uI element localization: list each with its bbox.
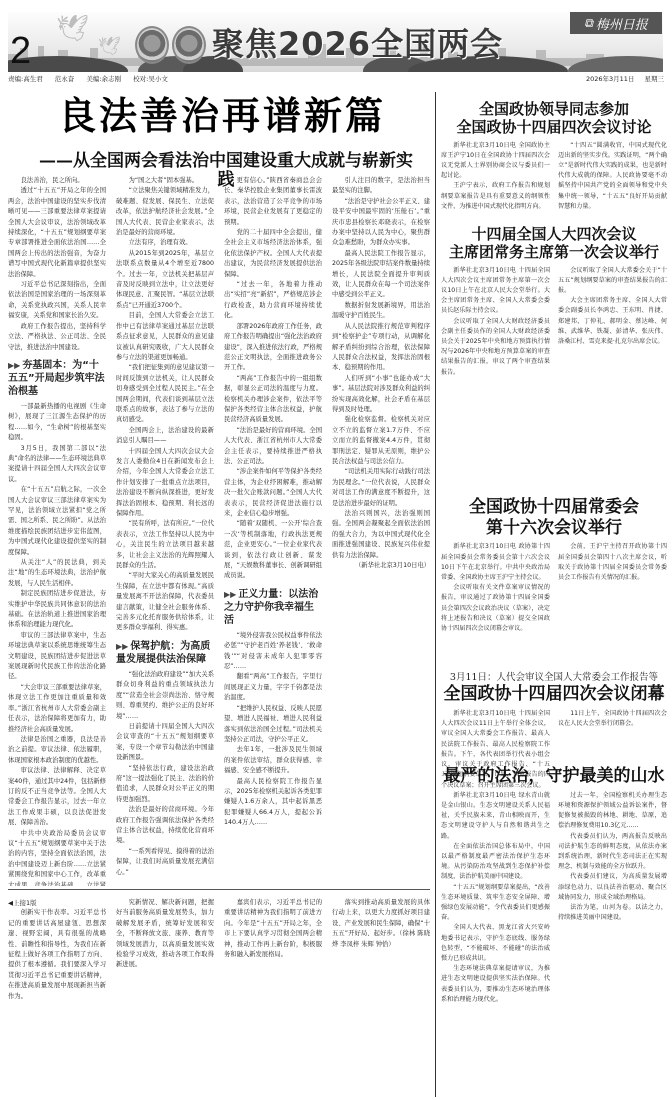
paragraph: 一部最新热播的电视剧《生命树》，展现了三江源生态保护的历程……如今，“生命树”的…	[8, 402, 106, 444]
paragraph: 法律是治国之重器，良法是善治之前提。审议法律、依法履职，体现国家根本政治制度的优…	[8, 735, 106, 766]
story-headline: 主席团常务主席第一次会议举行	[441, 243, 667, 261]
story-body: 新华社北京3月10日电 十四届全国人大四次会议主席团常务主席第一次会议10日上午…	[441, 266, 667, 378]
story-headline: 十四届全国人大四次会议	[441, 225, 667, 243]
paragraph: 大会主席团常务主席、全国人大常委会副委员长李鸿忠、王东明、肖捷、郑建邦、丁仲礼、…	[558, 296, 667, 347]
paragraph: “十五五”规划纲要草案提出，“改善生态环境质量、筑牢生态安全屏障、增强绿色发展动…	[441, 883, 550, 924]
paragraph: 在“十五五”启航之际，一次全国人大会议审议三部法律草案实为罕见，法治领域立法紧扣…	[8, 485, 106, 558]
article-column: 落实到推动高质量发展的具体行动上来，以更大力度抓好项目建设、产业发展和民生保障，…	[332, 898, 430, 1098]
paragraph: 新华社北京3月10日电 绿水青山就是金山银山。生态文明建设关系人民福祉，关乎民族…	[441, 791, 550, 842]
paragraph: “境外侵害我公民权益事件依法必惩”“守护老百姓‘养老钱’、‘救命钱’”“对侵害未…	[224, 631, 322, 673]
story-cppcc-standing-committee: 全国政协十四届常委会第十六次会议举行新华社北京3月10日电 政协第十四届全国委员…	[441, 497, 667, 634]
dove-icon: 🕊	[56, 16, 89, 42]
article-column: ◀上接1版创新实干作表率。习近平总书记的重要讲话高屋建瓴、思想深邃、视野宏阔，具…	[8, 898, 106, 1098]
column-divider	[435, 892, 436, 1097]
story-column: 会议听取了全国人大常委会关于“十五五”规划纲要草案的审查结果报告的汇报。大会主席…	[558, 266, 667, 378]
article-column: 为“国之大者”固本强基。“立法聚焦关键领域精准发力，破难题、促发展、保民生、立法…	[116, 176, 214, 886]
paragraph: 会议听取了全国人大常委会关于“十五五”规划纲要草案的审查结果报告的汇报。	[558, 266, 667, 297]
paragraph: 从关注“人”的民法典，到关注“地”的生态环境法典，法治护航发展，与人民生活相伴。	[8, 558, 106, 589]
paragraph: 在全面依法治国总体布局中，中国以最严格制度最严密法治保护生态环境。从污染防治攻坚…	[441, 842, 550, 883]
section-divider	[8, 889, 430, 890]
editor-credits-line: 责编:高生君 范永奋 美编:余志刚 校对:吴小文 2026年3月11日 星期三	[8, 74, 664, 86]
paragraph: 会前，王沪宁主持召开政协第十四届全国委员会第四十八次主席会议，听取关于政协第十四…	[558, 542, 667, 583]
double-arrow-icon: ▶▶	[224, 590, 236, 599]
paragraph: 数据折射发展新境界，用法治温暖守护百姓民生。	[332, 301, 430, 322]
paragraph: 会议听取了全国人大财政经济委员会副主任委员作的全国人大财政经济委员会关于2025…	[441, 317, 550, 378]
paragraph: 审议的三部法律草案中，生态环境法典草案以系统思维统筹生态文明建设，民族团结进步促…	[8, 631, 106, 683]
paragraph: “坚持依法行政，建设法治政府”这一提法强化了民主、法治的价值追求，人民群众对公平…	[116, 764, 214, 806]
story-npc-presidium-meeting: 十四届全国人大四次会议主席团常务主席第一次会议举行新华社北京3月10日电 十四届…	[441, 225, 667, 378]
continued-article: ◀上接1版创新实干作表率。习近平总书记的重要讲话高屋建瓴、思想深邃、视野宏阔，具…	[8, 898, 430, 1098]
paragraph: 更有信心。”陕西省秦商总会会长、秦华控股企业集团董事长雷波表示，法治营造了公平竞…	[224, 176, 322, 228]
paragraph: “法治是守护社会公平正义、建设平安中国最牢固的‘压舱石’。”重庆市忠县检察长邓晓…	[332, 197, 430, 249]
paragraph: 立法有序，治理有效。	[116, 238, 214, 248]
continued-from-label: ◀上接1版	[8, 898, 106, 908]
national-emblem-icon	[135, 26, 169, 64]
paragraph: 代表委员们建议，为高质量发展增添绿色动力，以良法善治驱动、聚合区域协同发力，形成…	[558, 872, 667, 903]
paragraph: 新华社北京3月10日电 全国政协主席王沪宁10日在全国政协十四届四次会议无党派人…	[441, 141, 550, 182]
editor-second: 范永奋	[55, 75, 75, 83]
editor-in-charge: 责编:高生君	[8, 75, 43, 83]
paragraph: 党的二十届四中全会提出，健全社会主义市场经济法治体系，强化依法保护产权。全国人大…	[224, 228, 322, 280]
story-headline: 最严的法治，守护最美的山水	[441, 766, 667, 787]
paragraph: “涉企案件如何平等保护各类经营主体，为企业纾困解难，推动解决一批欠企账款问题。”…	[224, 467, 322, 519]
paragraph: 翻看“两高”工作报告，字里行间展现正义力量，字字千钧都是法治温度。	[224, 672, 322, 703]
page-number: 2	[10, 32, 31, 70]
story-headline: 全国政协十四届常委会	[441, 497, 667, 518]
section-subheading: ▶▶保驾护航：为高质量发展提供法治保障	[116, 640, 214, 666]
paragraph: 去年1年，一批涉及民生领域的案件依法审结，群众获得感、幸福感、安全感不断提升。	[224, 745, 322, 776]
story-column: 新华社北京3月10日电 十四届全国人大四次会议主席团常务主席第一次会议10日上午…	[441, 266, 550, 378]
paragraph: “司法机关用实际行动践行司法为民理念。”一位代表说，人民群众对司法工作的满意度不…	[332, 467, 430, 509]
paragraph: 全国人大代表、黑龙江省大兴安岭地委书记表示，守护生态底线、服务绿色转型，“不能破…	[441, 923, 550, 964]
story-headline: 全国政协十四届四次会议闭幕	[441, 684, 667, 705]
paragraph: 新华社北京3月10日电 十四届全国人大四次会议主席团常务主席第一次会议10日上午…	[441, 266, 550, 317]
paragraph: “强化法治政府建设”“加大关系群众切身利益的重点领域执法力度”“营造全社会崇尚法…	[116, 670, 214, 722]
paragraph: “十四五”圆满收官，中国式现代化迈出新的坚实步伐。实践证明，“两个确立”是新时代…	[558, 141, 667, 212]
story-column: 新华社北京3月10日电 绿水青山就是金山银山。生态文明建设关系人民福祉，关乎民族…	[441, 791, 550, 1005]
paragraph: 最高人民检察院工作报告显示，2025年检察机关起诉各类犯罪嫌疑人1.6万余人，其…	[224, 777, 322, 829]
paragraph: “民有所呼，法有所应。”一位代表表示，立法工作坚持以人民为中心，关注民生的立法项…	[116, 519, 214, 571]
paragraph: “法治是最好的营商环境。全国人大代表、浙江省杭州市人大常委会主任表示，要持续推进…	[224, 426, 322, 468]
paragraph: 透过“十五五”开局之年的全国两会，法治中国建设的坚实步伐清晰可见——三部重要法律…	[8, 186, 106, 280]
paragraph: 引人注目的数字，是法治担当最坚实的注脚。	[332, 176, 430, 197]
double-arrow-icon: ▶▶	[8, 361, 20, 370]
paragraph: 究新情况、解决新问题，把握好当前服务高质量发展势头，加力破解发展矛盾，统筹好发展…	[116, 898, 214, 971]
proofreader: 校对:吴小文	[133, 75, 168, 83]
story-column: 过去一年，全国检察机关办理生态环境和资源保护领域公益诉讼案件，督促修复被损毁的林…	[558, 791, 667, 1005]
story-cppcc-discussion: 全国政协领导同志参加全国政协十四届四次会议讨论新华社北京3月10日电 全国政协主…	[441, 100, 667, 212]
paragraph: 会议听取有关文件草案审议情况的报告，审议通过了政协第十四届全国委员会第四次会议政…	[441, 583, 550, 634]
paragraph: 良法善治，民之所向。	[8, 176, 106, 186]
story-rule-of-law-ecology: 最严的法治，守护最美的山水新华社北京3月10日电 绿水青山就是金山银山。生态文明…	[441, 766, 667, 1005]
dove-icon: 🕊	[98, 38, 121, 56]
paragraph: 3月5日，我国第二部以“法典”命名的法律——生态环境法典草案提请十四届全国人大四…	[8, 444, 106, 486]
story-body: 新华社北京3月10日电 政协第十四届全国委员会常务委员会第十六次会议10日下午在…	[441, 542, 667, 634]
paragraph: 过去一年，全国检察机关办理生态环境和资源保护领域公益诉讼案件，督促修复被损毁的林…	[558, 791, 667, 832]
paragraph: 政府工作报告提出，坚持科学立法、严格执法、公正司法、全民守法，推进法治中国建设。	[8, 322, 106, 353]
double-arrow-icon: ▶▶	[116, 642, 128, 651]
article-dateline: （新华社北京3月10日电）	[332, 561, 430, 571]
paragraph: 部署2026年政府工作任务，政府工作报告明确提出“强化法治政府建设”，深入推进依…	[224, 322, 322, 374]
lead-article-body: 良法善治，民之所向。透过“十五五”开局之年的全国两会，法治中国建设的坚实步伐清晰…	[8, 176, 430, 886]
story-column: 新华社北京3月10日电 政协第十四届全国委员会常务委员会第十六次会议10日下午在…	[441, 542, 550, 634]
paragraph: 生态环境法典草案提请审议，为推进生态文明建设提供坚实法治保障。代表委员们认为，要…	[441, 964, 550, 1005]
paragraph: 制定民族团结进步促进法，夯实维护中华民族共同体意识的法治基础。在法治轨道上推进国…	[8, 589, 106, 631]
paragraph: 创新实干作表率。习近平总书记的重要讲话高屋建瓴、思想深邃、视野宏阔，具有很强的战…	[8, 908, 106, 1002]
page-banner: 🕊 🕊 2 聚焦2026全国两会 ⧉ 梅州日报	[0, 8, 672, 72]
story-kicker: 3月11日：人代会审议全国人大常委会工作报告等	[441, 672, 667, 684]
paragraph: 审议法律、法律解释、决定草案40件，通过其中24件，包括新修订的反不正当竞争法等…	[8, 766, 106, 828]
paragraph: 嘉宾们表示，习近平总书记的重要讲话精神为我们指明了前进方向。今年是“十五五”开局…	[224, 898, 322, 960]
art-editor: 美编:余志刚	[86, 75, 121, 83]
paragraph: “立法聚焦关键领域精准发力，破难题、促发展、保民生、立法促改革，依法护航经济社会…	[116, 186, 214, 238]
paragraph: “随着‘双随机、一公开’综合查一次‘等机制落地，行政执法更规范，企业更安心。”一…	[224, 519, 322, 581]
issue-weekday: 星期三	[645, 75, 665, 83]
story-column: 新华社北京3月10日电 全国政协主席王沪宁10日在全国政协十四届四次会议无党派人…	[441, 141, 550, 212]
cppcc-emblem-icon	[172, 26, 206, 64]
paragraph: 中共中央政治局委员会议审议“十五五”规划纲要草案中关于法治的内容，坚持全面依法治…	[8, 829, 106, 886]
story-column: 会前，王沪宁主持召开政协第十四届全国委员会第四十八次主席会议，听取关于政协第十四…	[558, 542, 667, 634]
paragraph: “一系列看得见、摸得着的法治保障，让我们对高质量发展充满信心。”	[116, 847, 214, 878]
paragraph: 全国两会上，法治建设的最新消息引人瞩目——	[116, 426, 214, 447]
lead-article-headline: 良法善治再谱新篇	[52, 95, 392, 137]
issue-date: 2026年3月11日	[586, 75, 634, 83]
paragraph: 11日上午，全国政协十四届四次会议在人民大会堂举行闭幕会。	[558, 709, 667, 729]
section-subheading: ▶▶夯基固本：为“十五五”开局起步筑牢法治根基	[8, 359, 106, 398]
paragraph: 从人民法院推行规范审判程序到“检察护企”专项行动，从调解化解矛盾纠纷到综合治理，…	[332, 322, 430, 374]
section-title: 聚焦2026全国两会	[212, 28, 503, 60]
paragraph: “两高”工作报告中的一组组数据，彰显公正司法的温度与力度。检察机关办理涉企案件，…	[224, 374, 322, 426]
story-headline: 第十六次会议举行	[441, 518, 667, 539]
subheading-text: 保驾护航：为高质量发展提供法治保障	[116, 641, 210, 665]
column-divider	[435, 92, 436, 892]
masthead-name: 梅州日报	[596, 14, 648, 33]
subheading-text: 正义力量：以法治之力守护你我幸福生活	[224, 589, 318, 626]
masthead-logo: ⧉ 梅州日报	[570, 12, 662, 34]
story-body: 新华社北京3月10日电 全国政协主席王沪宁10日在全国政协十四届四次会议无党派人…	[441, 141, 667, 212]
paragraph: 习近平总书记深刻指出，全面依法治国是国家治理的一场深刻革命，关系党执政兴国，关系…	[8, 280, 106, 322]
paragraph: 代表委员们认为，两高报告反映出司法护航生态的鲜明态度，从依法办案到系统治理，新时…	[558, 832, 667, 873]
paragraph: “我们把征集到的意见建议第一时间反馈到立法机关，让人民群众切身感受到全过程人民民…	[116, 363, 214, 425]
paragraph: “把维护人民权益、反映人民愿望、增进人民福祉、增进人民利益落实到依法治国全过程。…	[224, 704, 322, 746]
article-column: 引人注目的数字，是法治担当最坚实的注脚。“法治是守护社会公平正义、建设平安中国最…	[332, 176, 430, 886]
paragraph: 法治为笔，山河为卷。以法之力，持续推进美丽中国建设。	[558, 903, 667, 923]
paragraph: “平时大家关心的高质量发展民生保障，在立法中都有体现。”高质量发展离不开法治保障…	[116, 571, 214, 633]
paragraph: “过去一年，各地着力推动出“实招”亮“新招”，严格规范涉企行政检查，助力营商环境…	[224, 280, 322, 322]
paragraph: 新华社北京3月10日电 政协第十四届全国委员会常务委员会第十六次会议10日下午在…	[441, 542, 550, 583]
article-column: 究新情况、解决新问题，把握好当前服务高质量发展势头，加力破解发展矛盾，统筹好发展…	[116, 898, 214, 1098]
paragraph: 最高人民法院工作报告显示，2025年各级法院审结案件数量持续增长，人民法院全面提…	[332, 249, 430, 301]
newspaper-logo-icon: ⧉	[584, 16, 593, 31]
paragraph: 为“国之大者”固本强基。	[116, 176, 214, 186]
story-headline: 全国政协十四届四次会议讨论	[441, 118, 667, 136]
paragraph: 目前，全国人大常委会立法工作中已有法律草案通过基层立法联系点征求意见，人民群众的…	[116, 311, 214, 363]
article-column: 更有信心。”陕西省秦商总会会长、秦华控股企业集团董事长雷波表示，法治营造了公平竞…	[224, 176, 322, 886]
paragraph: 人们听到“小事”也能办成“大事”。基层法院对涉及群众利益的纠纷实现高效化解，社会…	[332, 374, 430, 416]
article-column: 嘉宾们表示，习近平总书记的重要讲话精神为我们指明了前进方向。今年是“十五五”开局…	[224, 898, 322, 1098]
paragraph: 王沪宁表示，政府工作报告和规划纲要草案报告是具有重要意义的纲领性文件，为推进中国…	[441, 181, 550, 212]
paragraph: 强化检察监督。检察机关对应立不立的监督立案1.7万件、不应立而立的监督撤案4.4…	[332, 415, 430, 467]
paragraph: 落实到推动高质量发展的具体行动上来，以更大力度抓好项目建设、产业发展和民生保障，…	[332, 898, 430, 950]
story-headline: 全国政协领导同志参加	[441, 100, 667, 118]
paragraph: 日前提请十四届全国人大四次会议审查的“十五五”规划纲要草案，专设一个章节勾勒法治…	[116, 722, 214, 764]
story-body: 新华社北京3月10日电 绿水青山就是金山银山。生态文明建设关系人民福祉，关乎民族…	[441, 791, 667, 1005]
paragraph: 法治是最好的营商环境。今年政府工作报告强调依法保护各类经营主体合法权益，持续优化…	[116, 805, 214, 847]
paragraph: 法治兴则国兴，法治强则国强。全国两会凝聚起全面依法治国的强大合力，为以中国式现代…	[332, 509, 430, 561]
paragraph: 从2015年到2025年，基层立法联系点数量从4个增至近7800个。过去一年，立…	[116, 249, 214, 311]
subheading-text: 夯基固本：为“十五五”开局起步筑牢法治根基	[8, 360, 105, 397]
paragraph: “大会审议三部重要法律草案，体现立法工作更加注重质量和效率。”浙江省杭州市人大常…	[8, 683, 106, 735]
article-column: 良法善治，民之所向。透过“十五五”开局之年的全国两会，法治中国建设的坚实步伐清晰…	[8, 176, 106, 886]
story-column: “十四五”圆满收官，中国式现代化迈出新的坚实步伐。实践证明，“两个确立”是新时代…	[558, 141, 667, 212]
paragraph: 十四届全国人大四次会议大会发言人娄勤俭4日在新闻发布会上介绍，今年全国人大常委会…	[116, 447, 214, 520]
section-subheading: ▶▶正义力量：以法治之力守护你我幸福生活	[224, 588, 322, 627]
